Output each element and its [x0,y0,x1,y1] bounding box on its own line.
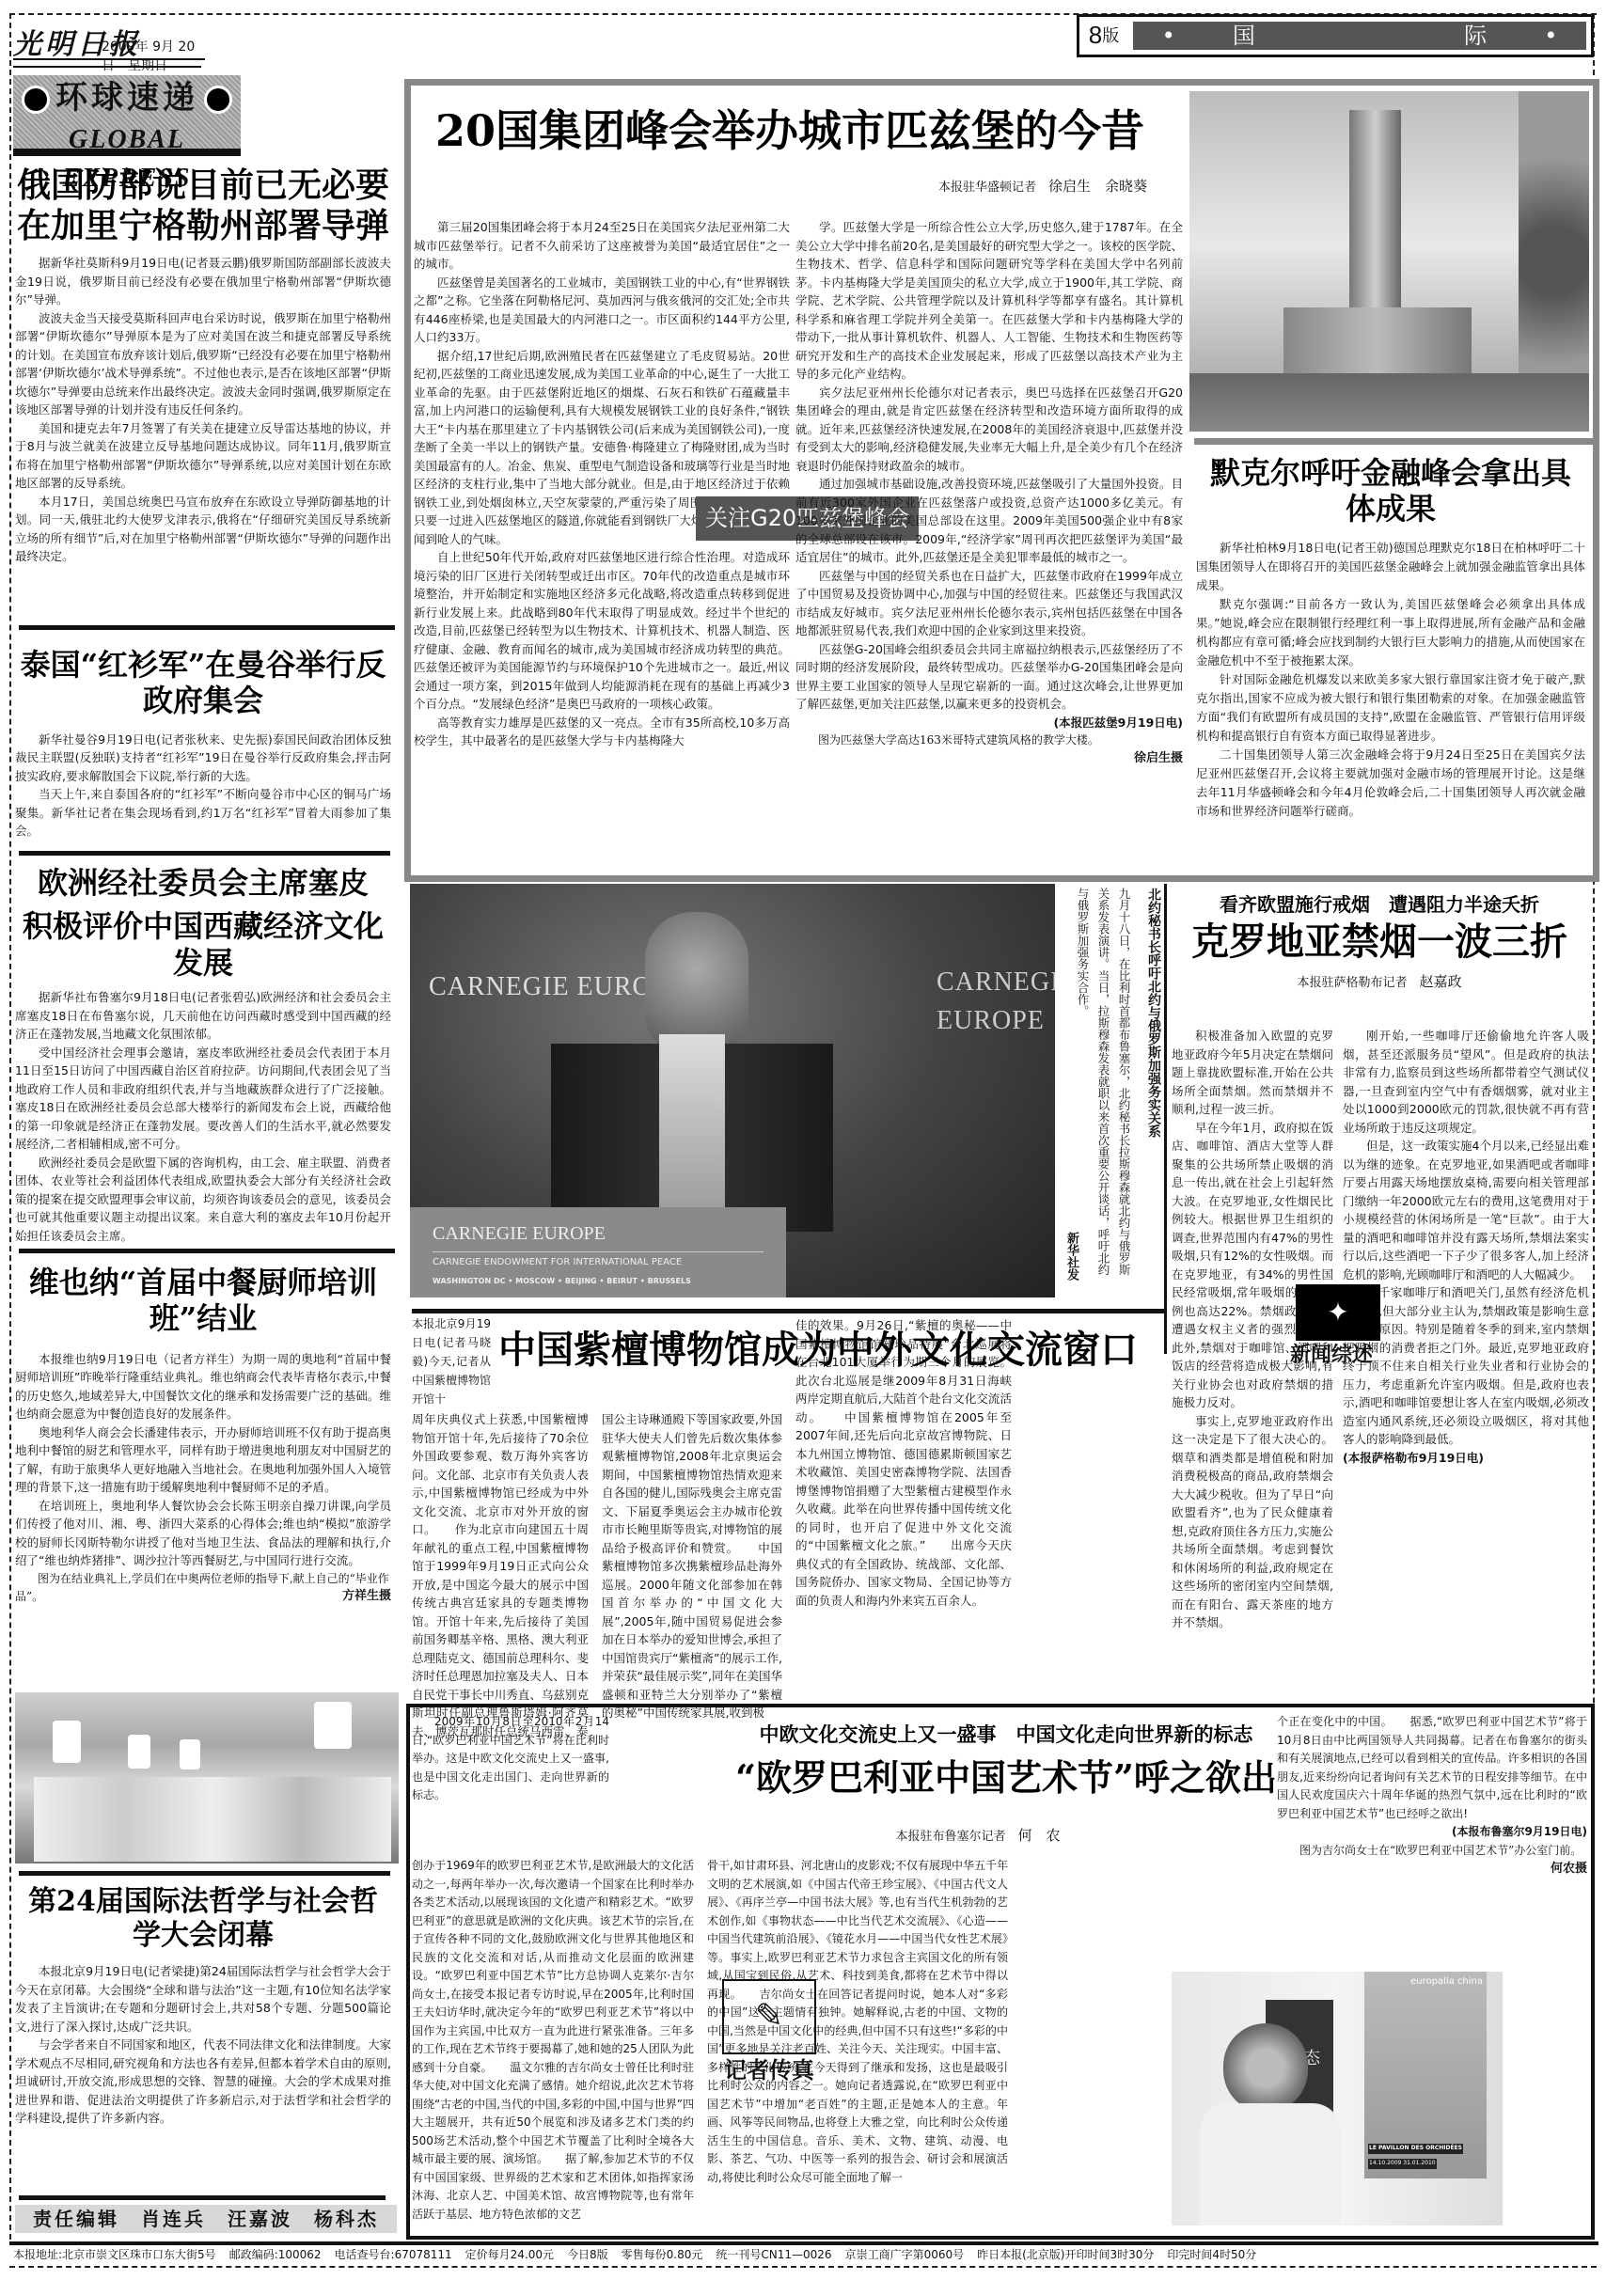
kicker: 中欧文化交流史上又一盛事 中国文化走向世界新的标志 [649,1722,1363,1746]
europalia-byline: 本报驻布鲁塞尔记者 何 农 [715,1826,1241,1847]
sandalwood-col-2: 国公主诗琳通殿下等国家政要,外国驻华大使夫人们曾先后数次集体参观紫檀博物馆,20… [602,1410,782,1722]
fax-icon: ✎ [722,1979,816,2054]
section-label: •国际• [1130,19,1589,53]
dateline: (本报布鲁塞尔9月19日电) [1277,1823,1587,1842]
news-review-badge: 新闻综述 [1290,1341,1373,1371]
headline: 俄国防部说目前已无必要 [15,165,391,206]
feature-col-1: 第三届20国集团峰会将于本月24至25日在美国宾夕法尼亚州第二大城市匹兹堡举行。… [414,218,790,750]
headline: 在加里宁格勒州部署导弹 [15,206,391,246]
article-philosophy-congress: 第24届国际法哲学与社会哲学大会闭幕 本报北京9月19日电(记者梁捷)第24届国… [15,1885,391,2128]
photo-caption: 图为吉尔尚女士在“欧罗巴利亚中国艺术节”办公室门前。 [1277,1842,1587,1860]
photo-caption: 图为匹兹堡大学高达163米哥特式建筑风格的教学大楼。 [795,731,1183,749]
dateline: 2009年 9月 20日 星期日 [102,38,205,76]
sandalwood-col-1: 周年庆典仪式上获悉,中国紫檀博物馆开馆十年,先后接待了70余位外国政要参观、数万… [412,1410,589,1740]
photo-credit: 新华社发 [1061,1232,1081,1297]
feature-col-2: 学。匹兹堡大学是一所综合性公立大学,历史悠久,建于1787年。在全美公立大学中排… [795,218,1183,768]
feature-headline: 20国集团峰会举办城市匹兹堡的今昔 [414,105,1166,157]
reporter-fax-badge: 记者传真 [724,2054,814,2087]
divider [412,1309,1164,1313]
page-border-left [9,13,11,2240]
chefs-photo [15,1692,399,1864]
news-review-icon: ✦ [1296,1284,1380,1341]
feature-byline: 本报驻华盛顿记者 徐启生 余晓葵 [658,177,1147,197]
circle-icon [204,86,232,114]
bullet-icon: • [1162,20,1175,53]
divider [19,625,395,630]
article-russia-missiles: 俄国防部说目前已无必要 在加里宁格勒州部署导弹 据新华社莫斯科9月19日电(记者… [15,165,391,566]
headline: 克罗地亚禁烟一波三折 [1172,920,1587,965]
divider [19,1249,395,1253]
page-border-bottom [9,2266,1597,2268]
page-section-box: 8版 •国际• [1077,14,1594,57]
article-thai-red-shirts: 泰国“红衫军”在曼谷举行反政府集会 新华社曼谷9月19日电(记者张秋来、史先振)… [15,647,391,841]
europalia-intro: 2009年10月8日至2010年2月14日,“欧罗巴利亚中国艺术节”将在比利时举… [412,1713,609,1805]
page-number: 8版 [1079,17,1128,55]
footer-info: 本报地址:北京市崇文区珠市口东大街5号 邮政编码:100062 电话查号台:67… [9,2247,1597,2263]
circle-icon [22,86,50,114]
europalia-photo: 物状态 europalia china LE PAVILLON DES ORCH… [1172,1972,1503,2225]
kicker: 看齐欧盟施行戒烟 遭遇阻力半途夭折 [1172,893,1587,916]
nato-speech-photo: CARNEGIE EUROPE CARNEGIE EUROPE CARNEGIE… [410,884,1055,1297]
photo-credit: 方祥生摄 [15,1588,391,1606]
headline: 欧洲经社委员会主席塞皮 [15,865,391,901]
headline: “欧罗巴利亚中国艺术节”呼之欲出 [649,1756,1363,1800]
pitt-cathedral-photo [1189,91,1589,432]
headline: 第24届国际法哲学与社会哲学大会闭幕 [15,1885,391,1953]
article-croatia-smoking: 看齐欧盟施行戒烟 遭遇阻力半途夭折 克罗地亚禁烟一波三折 本报驻萨格勒布记者 赵… [1172,893,1587,993]
europalia-col-1: 创办于1969年的欧罗巴利亚艺术节,是欧洲最大的文化活动之一,每两年举办一次,每… [412,1857,694,2224]
divider [19,1871,390,1876]
frame-separator [1194,438,1598,445]
divider [19,851,390,856]
global-express-banner: 环球速递 GLOBAL EXPRESS [13,75,241,156]
dateline: (本报匹兹堡9月19日电) [795,714,1183,732]
photo-credit: 何农摄 [1277,1860,1587,1879]
dateline: (本报萨格勒布9月19日电) [1343,1449,1589,1468]
responsible-editors: 责任编辑 肖连兵 汪嘉波 杨科杰 [15,2205,397,2233]
column-rule [1164,884,1167,1354]
article-merkel: 默克尔呼吁金融峰会拿出具体成果 新华社柏林9月18日电(记者王勍)德国总理默克尔… [1196,455,1585,821]
article-eesc-tibet: 欧洲经社委员会主席塞皮 积极评价中国西藏经济文化发展 据新华社布鲁塞尔9月18日… [15,865,391,1245]
sandalwood-col-3: 佳的效果。9月26日,“紫檀的奥秘——中国紫檀博物馆馆藏珍品特展”台北巡展将在台… [795,1316,1012,1610]
bullet-icon: • [1544,20,1557,53]
divider [19,2195,386,2200]
headline: 默克尔呼吁金融峰会拿出具体成果 [1196,455,1585,527]
photo-caption: 九月十八日，在比利时首都布鲁塞尔，北约秘书长拉斯穆森就北约与俄罗斯关系发表演讲。… [1072,888,1134,1282]
headline: 维也纳“首届中餐厨师培训班”结业 [15,1265,391,1337]
article-vienna-chefs: 维也纳“首届中餐厨师培训班”结业 本报维也纳9月19日电（记者方祥生）为期一周的… [15,1265,391,1606]
europalia-col-3: 个正在变化中的中国。 据悉,“欧罗巴利亚中国艺术节”将于10月8日由中比两国领导… [1277,1713,1587,1878]
photo-credit: 徐启生摄 [795,749,1183,768]
footer-rule [9,2241,1598,2245]
headline: 泰国“红衫军”在曼谷举行反政府集会 [15,647,391,719]
weekday: 星期日 [128,58,167,73]
photo-caption-headline: 北约秘书长呼吁北约与俄罗斯加强务实关系 [1143,888,1164,1282]
sandalwood-lead: 本报北京9月19日电(记者马晓毅)今天,记者从中国紫檀博物馆开馆十 [412,1314,491,1408]
masthead-rule [13,58,205,60]
headline: 积极评价中国西藏经济文化发展 [15,908,391,981]
croatia-col-2: 刚开始,一些咖啡厅还偷偷地允许客人吸烟，甚至还派服务员“望风”。但是政府的执法非… [1343,1027,1589,1467]
